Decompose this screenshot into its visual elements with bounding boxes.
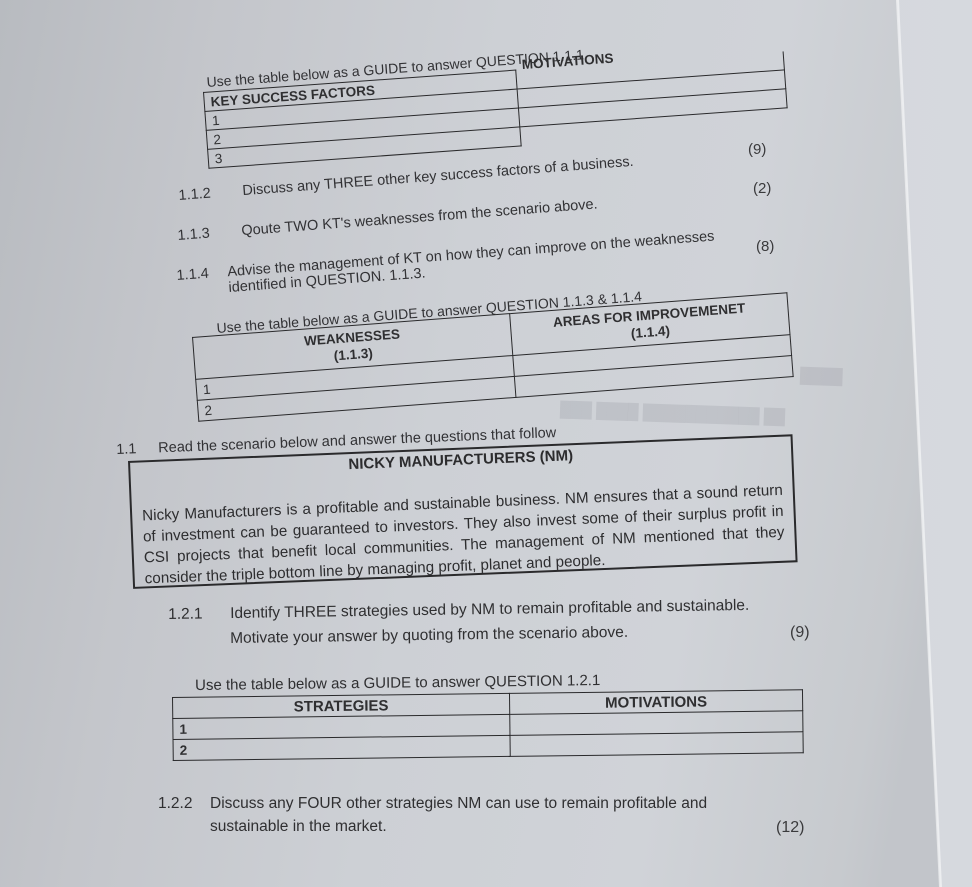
marks-1-2-2: (12) [776, 819, 804, 837]
question-1-2-2: 1.2.2Discuss any FOUR other strategies N… [158, 795, 707, 813]
question-number: 1.2.1 [168, 605, 230, 624]
question-number: 1.2.2 [158, 795, 210, 813]
row-number: 2 [173, 735, 510, 760]
marks-1-1-4: (8) [756, 238, 774, 255]
question-1-2-2-line2: sustainable in the market. [210, 818, 387, 836]
table-1-2-1: STRATEGIES MOTIVATIONS 1 2 [172, 689, 804, 761]
section-number: 1.1 [116, 440, 159, 458]
answer-cell[interactable] [510, 732, 803, 757]
question-text: Discuss any FOUR other strategies NM can… [210, 795, 707, 812]
marks-1-2-1: (9) [790, 624, 810, 642]
marks-1-1-2: (2) [753, 180, 771, 197]
bleed-through-texture: ████ [800, 367, 843, 385]
marks-1-1-1: (9) [748, 141, 766, 158]
scenario-box: NICKY MANUFACTURERS (NM) Nicky Manufactu… [128, 434, 798, 589]
